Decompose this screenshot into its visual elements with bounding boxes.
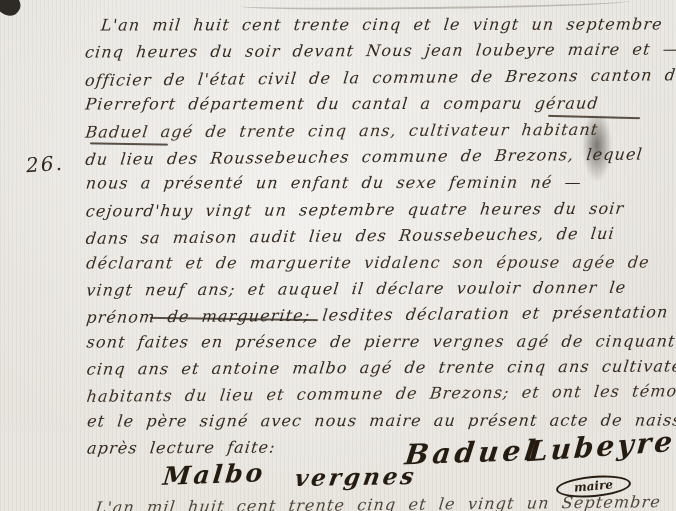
manuscript-line: L'an mil huit cent trente cinq et le vin… bbox=[84, 11, 676, 38]
signature-malbo: Malbo bbox=[162, 458, 268, 491]
manuscript-line: officier de l'état civil de la commune d… bbox=[84, 62, 676, 94]
signature-vergnes: vergnes bbox=[293, 463, 419, 492]
manuscript-line: cinq heures du soir devant Nous jean lou… bbox=[83, 37, 676, 67]
next-act-first-line-clipped: L'an mil huit cent trente cinq et le vin… bbox=[95, 492, 676, 511]
act-number-margin: 26. bbox=[25, 151, 64, 178]
manuscript-line: dans sa maison audit lieu des Roussebeuc… bbox=[84, 220, 676, 252]
manuscript-line: Pierrefort département du cantal a compa… bbox=[84, 91, 676, 118]
manuscript-line: du lieu des Roussebeuches commune de Bre… bbox=[84, 141, 676, 173]
manuscript-line: habitants du lieu et commune de Brezons;… bbox=[85, 379, 676, 411]
manuscript-line: prénom de marguerite; lesdites déclarati… bbox=[85, 299, 676, 331]
act-text-block: L'an mil huit cent trente cinq et le vin… bbox=[85, 10, 676, 462]
document-page: 26. L'an mil huit cent trente cinq et le… bbox=[0, 0, 676, 511]
manuscript-line: nous a présenté un enfant du sexe femini… bbox=[84, 170, 676, 197]
signature-baduel: Baduel bbox=[403, 434, 541, 472]
manuscript-line: déclarant et de marguerite vidalenc son … bbox=[85, 249, 676, 276]
corner-ink-mark bbox=[0, 0, 25, 20]
manuscript-line: sont faites en présence de pierre vergne… bbox=[85, 328, 676, 355]
previous-line-remnant bbox=[240, 0, 630, 11]
